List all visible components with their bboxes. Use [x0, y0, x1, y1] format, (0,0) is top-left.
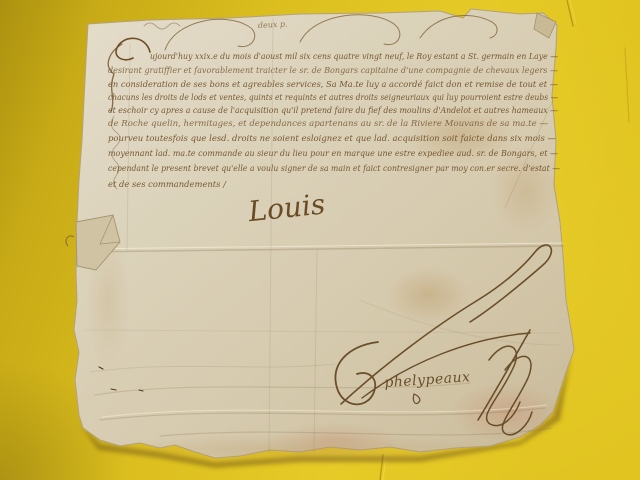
manuscript-line: de Roche quelin, hermitages, et dependan…: [108, 119, 548, 128]
manuscript-line: desirant gratiffier et favorablement tra…: [108, 66, 558, 75]
photo-of-royal-manuscript: deux p. ujourd'huy xxix.e du mois d'aous…: [0, 0, 640, 480]
manuscript-line: chacuns les droits de lods et ventes, qu…: [108, 93, 558, 102]
manuscript-body: ujourd'huy xxix.e du mois d'aoust mil si…: [108, 51, 560, 189]
archival-note: deux p.: [258, 19, 288, 30]
stain: [490, 145, 560, 235]
manuscript-line: et eschoir cy apres a cause de l'acquisi…: [108, 106, 558, 115]
manuscript-line: en consideration de ses bons et agreable…: [108, 80, 558, 89]
manuscript-line: ujourd'huy xxix.e du mois d'aoust mil si…: [150, 51, 559, 61]
bottom-toning: [90, 434, 510, 466]
manuscript-line: moyennant lad. ma.te commande au sieur d…: [108, 149, 558, 158]
manuscript-line: pourveu toutesfois que lesd. droits ne s…: [108, 134, 556, 143]
manuscript-photo-canvas: deux p. ujourd'huy xxix.e du mois d'aous…: [0, 0, 640, 480]
manuscript-line: cependant le present brevet qu'elle a vo…: [108, 164, 560, 173]
manuscript-closing-line: et de ses commandements /: [108, 179, 227, 189]
